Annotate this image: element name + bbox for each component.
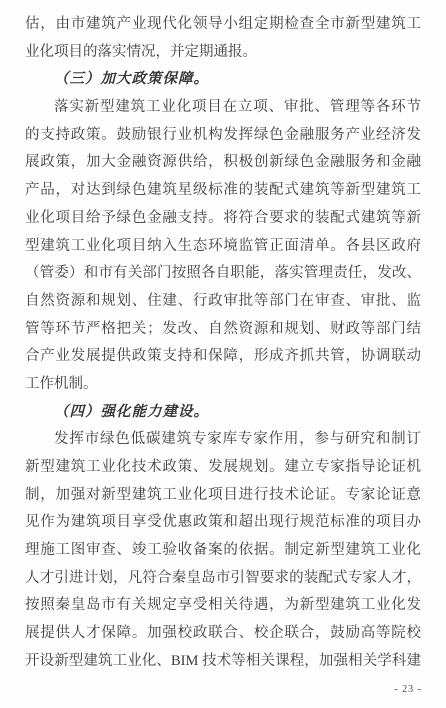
text-line: 制，加强对新型建筑工业化项目进行技术论证。专家论证意 (25, 482, 421, 510)
text-line: 按照秦皇岛市有关规定享受相关待遇，为新型建筑工业化发 (25, 592, 421, 620)
section-heading: （四）强化能力建设。 (25, 399, 421, 427)
section-heading: （三）加大政策保障。 (25, 66, 421, 94)
text-line: 发挥市绿色低碳建筑专家库专家作用，参与研究和制订 (25, 426, 421, 454)
text-line: 的支持政策。鼓励银行业机构发挥绿色金融服务产业经济发 (25, 122, 421, 150)
text-line: 估，由市建筑产业现代化领导小组定期检查全市新型建筑工 (25, 11, 421, 39)
document-text-block: 估，由市建筑产业现代化领导小组定期检查全市新型建筑工业化项目的落实情况，并定期通… (25, 11, 421, 676)
text-line: 展政策，加大金融资源供给，积极创新绿色金融服务和金融 (25, 149, 421, 177)
text-line: 开设新型建筑工业化、BIM 技术等相关课程，加强相关学科建 (25, 648, 421, 676)
text-line: 落实新型建筑工业化项目在立项、审批、管理等各环节 (25, 94, 421, 122)
text-line: 业化项目给予绿色金融支持。将符合要求的装配式建筑等新 (25, 205, 421, 233)
text-line: 工作机制。 (25, 371, 421, 399)
text-line: 展提供人才保障。加强校政联合、校企联合，鼓励高等院校 (25, 620, 421, 648)
document-page: 估，由市建筑产业现代化领导小组定期检查全市新型建筑工业化项目的落实情况，并定期通… (0, 0, 446, 708)
text-line: 新型建筑工业化技术政策、发展规划。建立专家指导论证机 (25, 454, 421, 482)
text-line: 业化项目的落实情况，并定期通报。 (25, 39, 421, 67)
text-line: 合产业发展提供政策支持和保障，形成齐抓共管，协调联动 (25, 343, 421, 371)
text-line: 型建筑工业化项目纳入生态环境监管正面清单。各县区政府 (25, 233, 421, 261)
text-line: 人才引进计划，凡符合秦皇岛市引智要求的装配式专家人才， (25, 565, 421, 593)
text-line: （管委）和市有关部门按照各自职能，落实管理责任，发改、 (25, 260, 421, 288)
text-line: 见作为建筑项目享受优惠政策和超出现行规范标准的项目办 (25, 509, 421, 537)
text-line: 自然资源和规划、住建、行政审批等部门在审查、审批、监 (25, 288, 421, 316)
text-line: 理施工图审查、竣工验收备案的依据。制定新型建筑工业化 (25, 537, 421, 565)
page-number: - 23 - (394, 684, 422, 695)
text-line: 管等环节严格把关；发改、自然资源和规划、财政等部门结 (25, 316, 421, 344)
text-line: 产品，对达到绿色建筑星级标准的装配式建筑等新型建筑工 (25, 177, 421, 205)
